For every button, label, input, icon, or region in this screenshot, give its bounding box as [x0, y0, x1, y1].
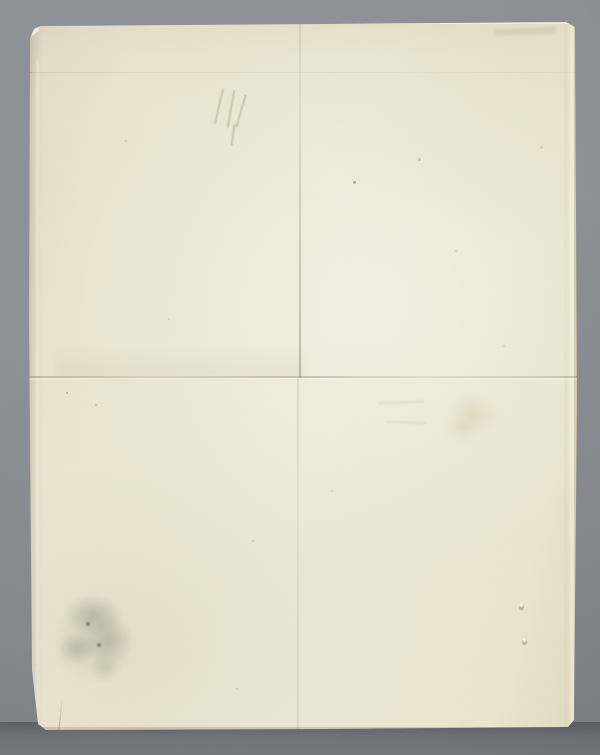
foxing-speck [66, 392, 68, 394]
foxing-speck [540, 146, 543, 149]
foxing-speck [95, 404, 97, 406]
foxing-speck [125, 140, 127, 142]
foxing-speck [168, 318, 170, 320]
paper-sheet [26, 20, 578, 730]
foxing-speck [252, 540, 254, 542]
foxing-speck [503, 345, 505, 347]
foxing-speck [236, 688, 238, 690]
foxing-speck [418, 158, 421, 161]
foxing-speck-layer [26, 20, 578, 730]
foxing-speck [331, 490, 333, 492]
foxing-speck [353, 181, 356, 184]
scanned-document-backdrop [0, 0, 600, 755]
foxing-speck [455, 250, 457, 252]
